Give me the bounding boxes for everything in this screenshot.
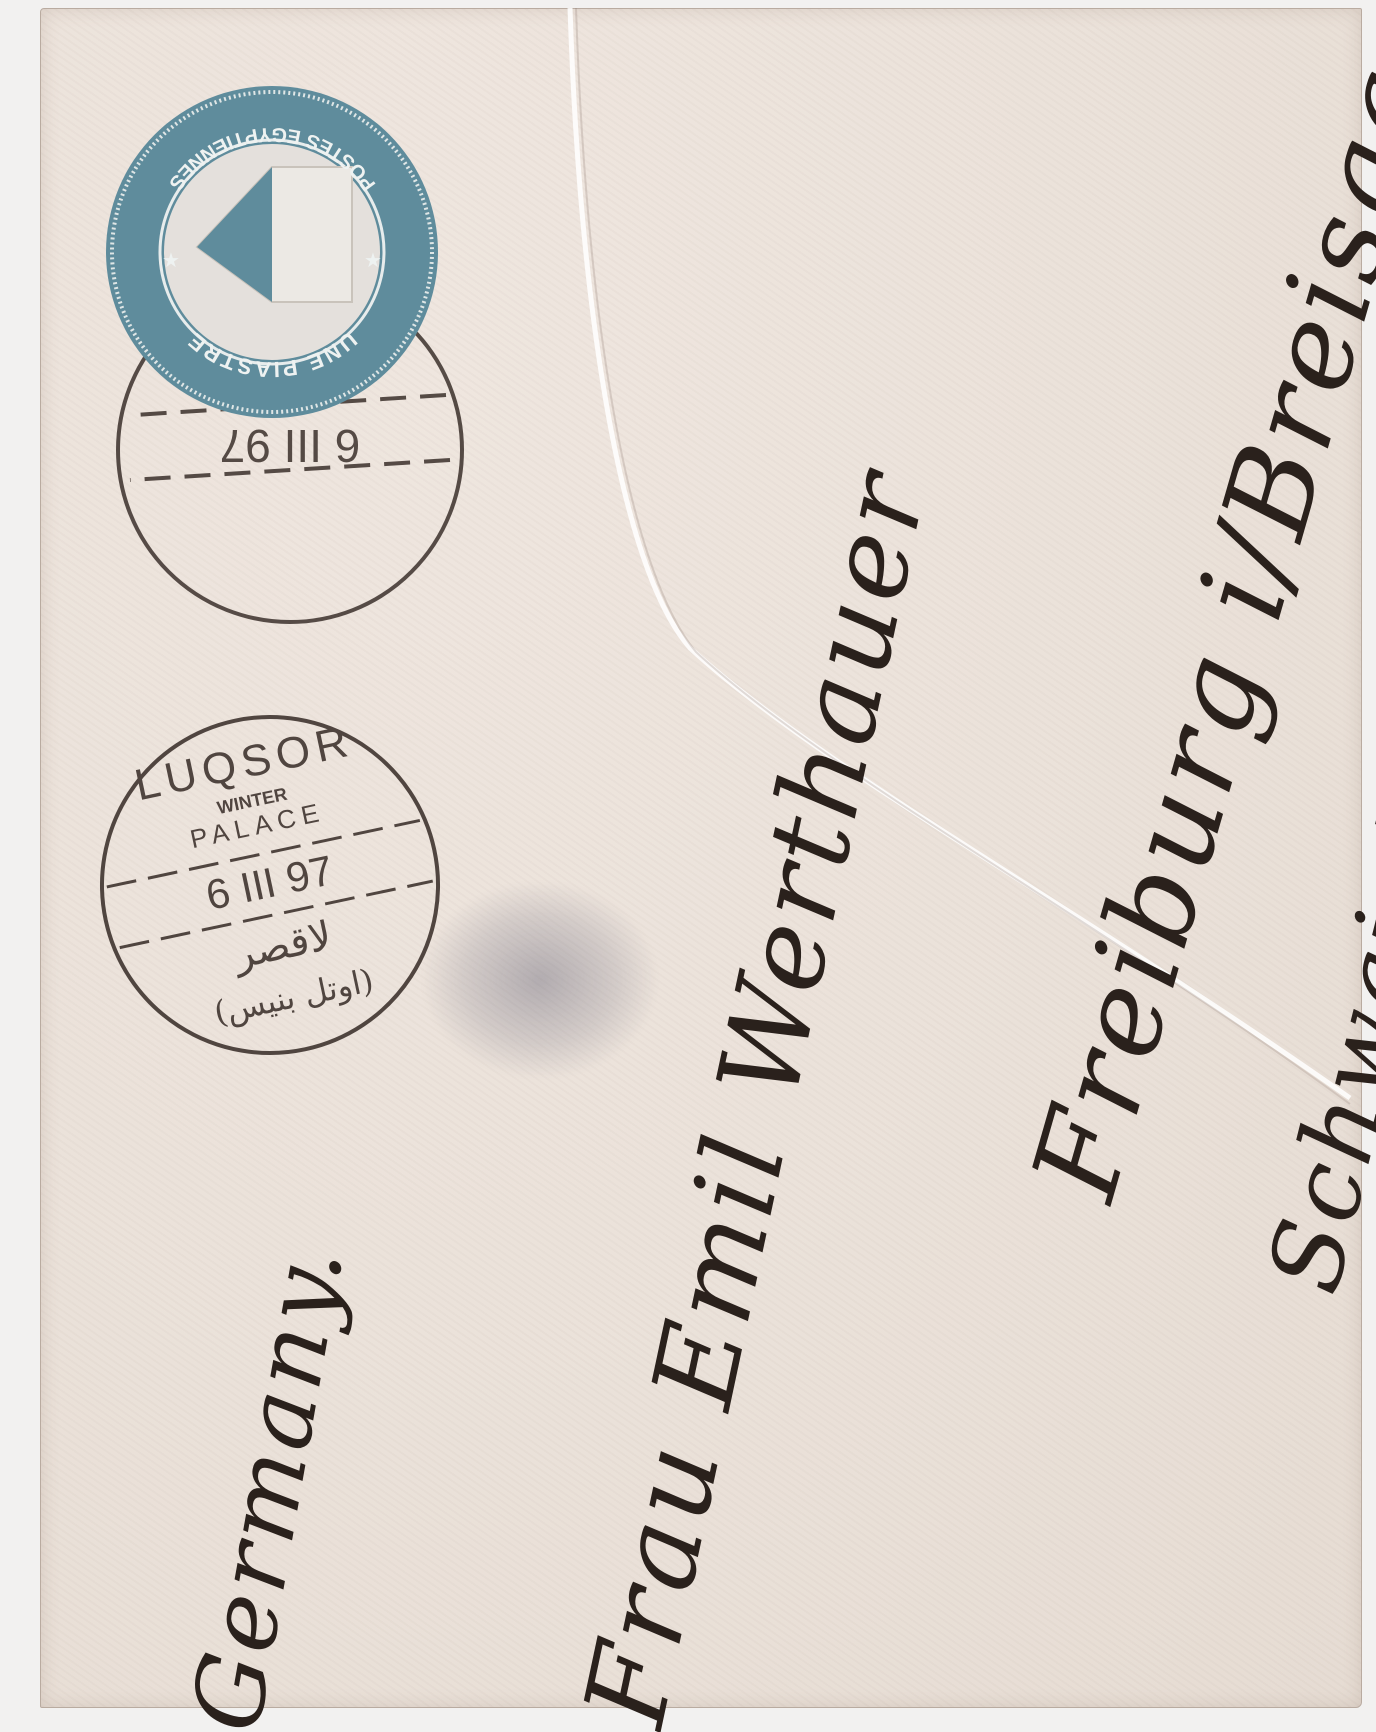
svg-text:لاقصر: لاقصر	[228, 913, 336, 979]
svg-text:★: ★	[162, 248, 180, 272]
svg-text:6 III 97: 6 III 97	[202, 846, 337, 919]
embossed-stamp: UNE PIASTRE POSTES EGYPTIENNES ★ ★	[102, 82, 442, 422]
svg-text:★: ★	[364, 248, 382, 272]
svg-text:6 III 97: 6 III 97	[220, 420, 361, 472]
svg-text:(اوتل بنيس): (اوتل بنيس)	[211, 961, 377, 1032]
ink-smudge	[420, 880, 660, 1080]
postmark-luqsor: LUQSOR WINTER PALACE 6 III 97 لاقصر (اوت…	[90, 705, 450, 1065]
